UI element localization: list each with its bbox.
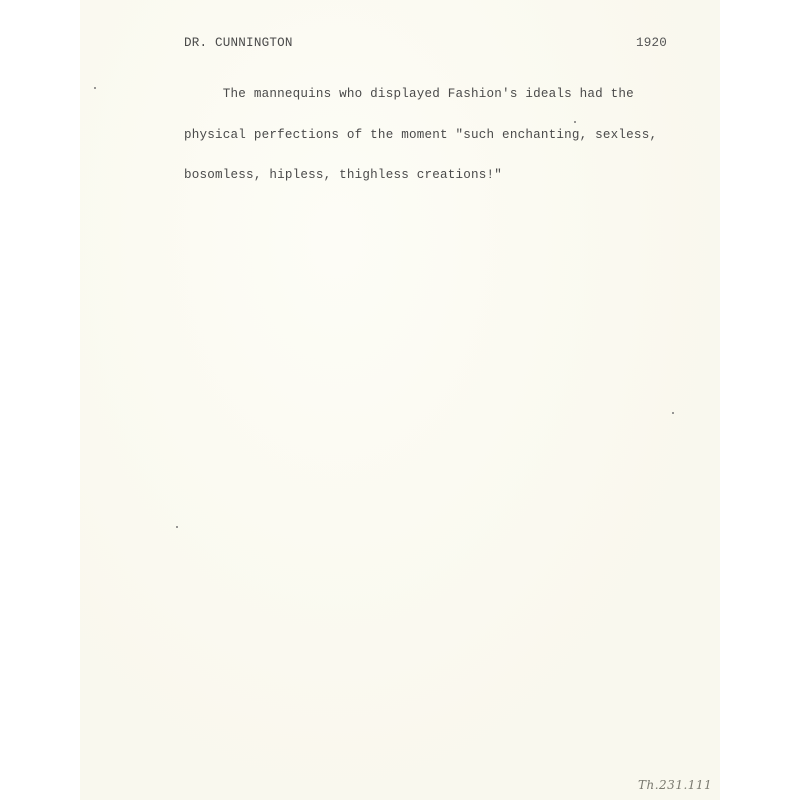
quote-line: physical perfections of the moment "such… — [184, 129, 657, 143]
paper-speck — [672, 412, 674, 414]
quote-line: The mannequins who displayed Fashion's i… — [184, 88, 657, 102]
quote-line: bosomless, hipless, thighless creations!… — [184, 169, 657, 183]
archive-mark: Th.231.111 — [638, 778, 712, 792]
paper-speck — [176, 526, 178, 528]
quote-paragraph: The mannequins who displayed Fashion's i… — [184, 61, 657, 210]
typewritten-page: DR. CUNNINGTON 1920 The mannequins who d… — [80, 0, 720, 800]
paper-speck — [574, 121, 576, 123]
year-heading: 1920 — [636, 36, 667, 50]
paper-speck — [94, 87, 96, 89]
author-heading: DR. CUNNINGTON — [184, 36, 293, 50]
